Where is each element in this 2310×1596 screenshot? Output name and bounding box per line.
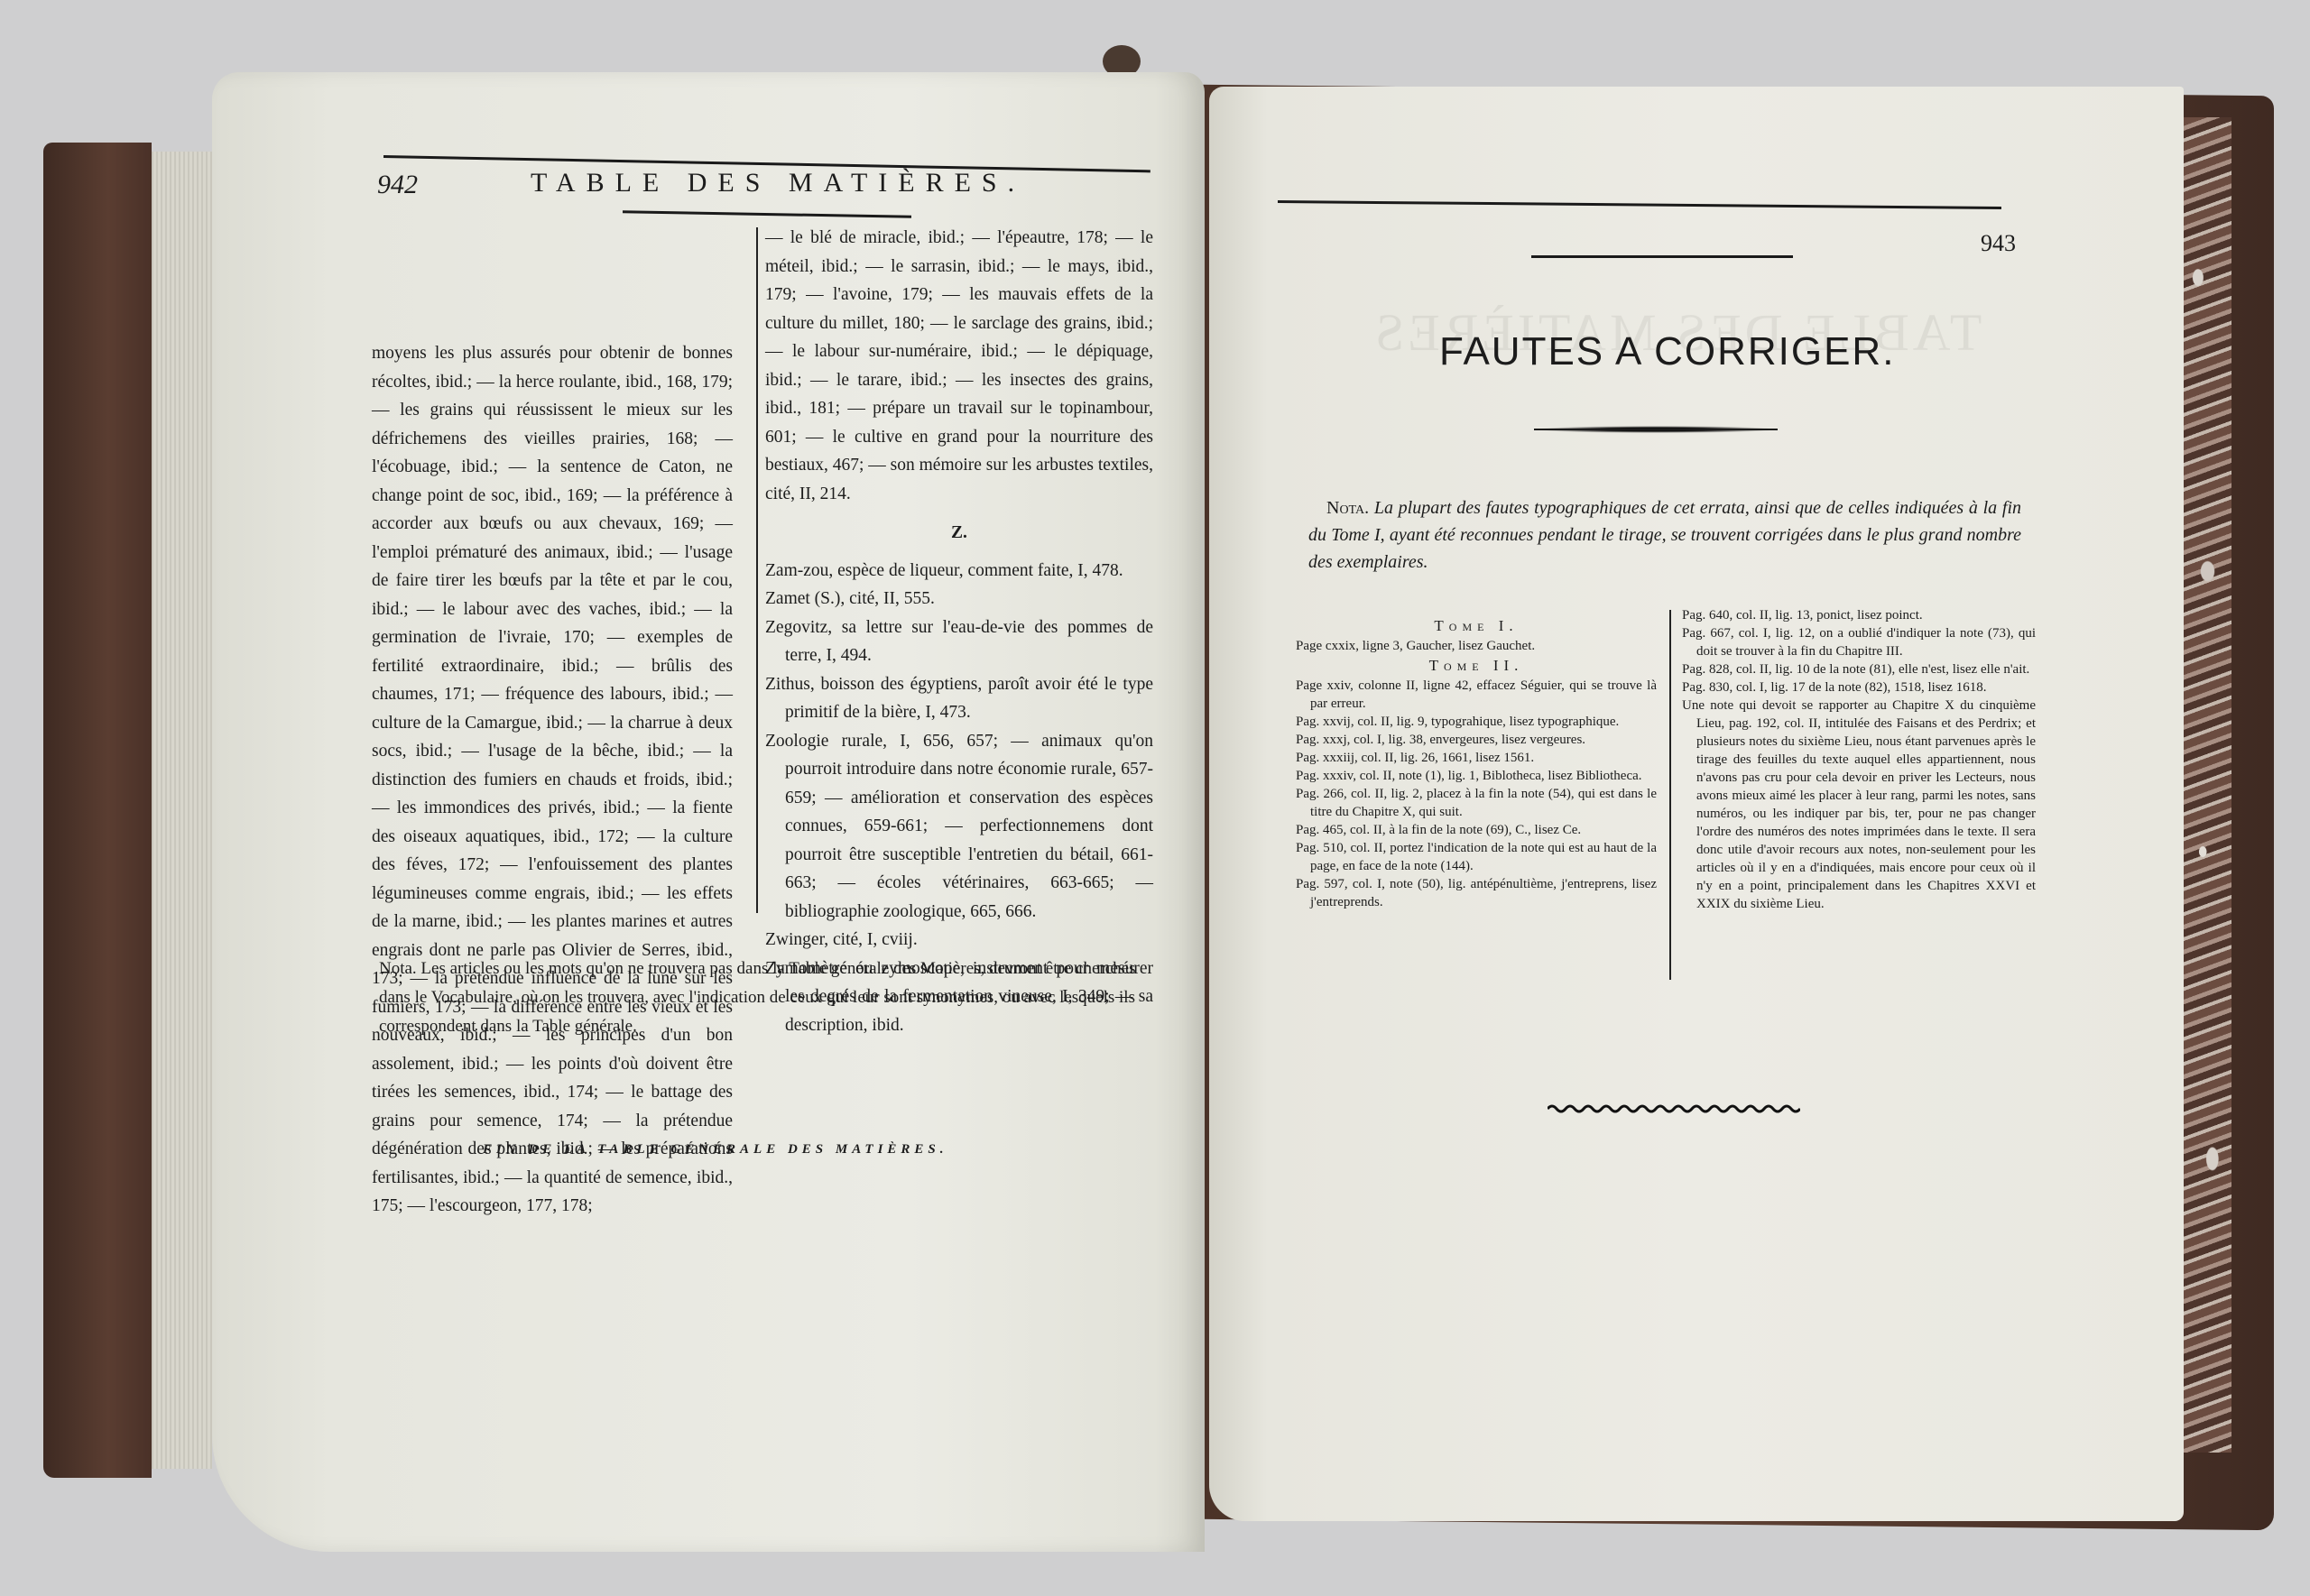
errata-entry: Pag. xxxiv, col. II, note (1), lig. 1, B… (1296, 767, 1657, 785)
errata-entry: Pag. 510, col. II, portez l'indication d… (1296, 839, 1657, 875)
errata-entry: Page xxiv, colonne II, ligne 42, effacez… (1296, 677, 1657, 713)
tome-heading: Tome I. (1296, 617, 1657, 635)
errata-entry: Pag. 667, col. I, lig. 12, on a oublié d… (1682, 624, 2036, 660)
index-column-1: moyens les plus assurés pour obtenir de … (372, 339, 733, 1221)
errata-entry: Pag. 465, col. II, à la fin de la note (… (1296, 821, 1657, 839)
tome-heading: Tome II. (1296, 657, 1657, 675)
index-entry: Zamet (S.), cité, II, 555. (765, 585, 1153, 613)
errata-entry: Pag. 266, col. II, lig. 2, placez à la f… (1296, 785, 1657, 821)
errata-entry: Pag. 640, col. II, lig. 13, ponict, lise… (1682, 606, 2036, 624)
wavy-rule (1548, 1102, 1800, 1115)
page-number-right: 943 (1981, 230, 2016, 257)
column-divider (756, 227, 758, 913)
end-of-table-line: FIN DE LA TABLE GÉNÉRALE DES MATIÈRES. (483, 1142, 948, 1158)
index-entry: Zwinger, cité, I, cviij. (765, 926, 1153, 955)
errata-entry: Pag. xxvij, col. II, lig. 9, typograhiqu… (1296, 713, 1657, 731)
title-rule (1531, 255, 1793, 258)
running-header: TABLE DES MATIÈRES. (531, 168, 1025, 198)
column-divider-right (1669, 610, 1671, 980)
page-number-left: 942 (377, 170, 418, 200)
nota-text: Nota. Les articles ou les mots qu'on ne … (370, 955, 1137, 1041)
nota-paragraph: Nota. Les articles ou les mots qu'on ne … (370, 955, 1137, 1041)
errata-entry: Pag. 597, col. I, note (50), lig. antépé… (1296, 875, 1657, 911)
index-entry: Zoologie rurale, I, 656, 657; — animaux … (765, 727, 1153, 927)
errata-entry: Pag. 828, col. II, lig. 10 de la note (8… (1682, 660, 2036, 678)
errata-column-1: Tome I. Page cxxix, ligne 3, Gaucher, li… (1296, 615, 1657, 911)
errata-column-2: Pag. 640, col. II, lig. 13, ponict, lise… (1682, 606, 2036, 913)
index-column-2: — le blé de miracle, ibid.; — l'épeautre… (765, 224, 1153, 1039)
nota-label: Nota. (1308, 498, 1369, 518)
errata-note-paragraph: Une note qui devoit se rapporter au Chap… (1682, 697, 2036, 913)
swelled-rule (1534, 426, 1778, 433)
page-title: FAUTES A CORRIGER. (1439, 329, 1895, 374)
index-text: moyens les plus assurés pour obtenir de … (372, 339, 733, 1221)
left-cover (43, 143, 152, 1478)
section-letter: Z. (765, 519, 1153, 548)
nota-text: La plupart des fautes typographiques de … (1308, 498, 2021, 572)
errata-entry: Pag. xxxiij, col. II, lig. 26, 1661, lis… (1296, 749, 1657, 767)
index-text-continued: — le blé de miracle, ibid.; — l'épeautre… (765, 224, 1153, 508)
index-entry: Zegovitz, sa lettre sur l'eau-de-vie des… (765, 613, 1153, 670)
errata-entry: Pag. xxxj, col. I, lig. 38, envergeures,… (1296, 731, 1657, 749)
errata-entry: Pag. 830, col. I, lig. 17 de la note (82… (1682, 678, 2036, 697)
index-entry: Zithus, boisson des égyptiens, paroît av… (765, 670, 1153, 727)
errata-nota: Nota. La plupart des fautes typographiqu… (1308, 494, 2021, 576)
marbled-endpaper (2182, 117, 2231, 1453)
index-entry: Zam-zou, espèce de liqueur, comment fait… (765, 557, 1153, 586)
errata-entry: Page cxxix, ligne 3, Gaucher, lisez Gauc… (1296, 637, 1657, 655)
